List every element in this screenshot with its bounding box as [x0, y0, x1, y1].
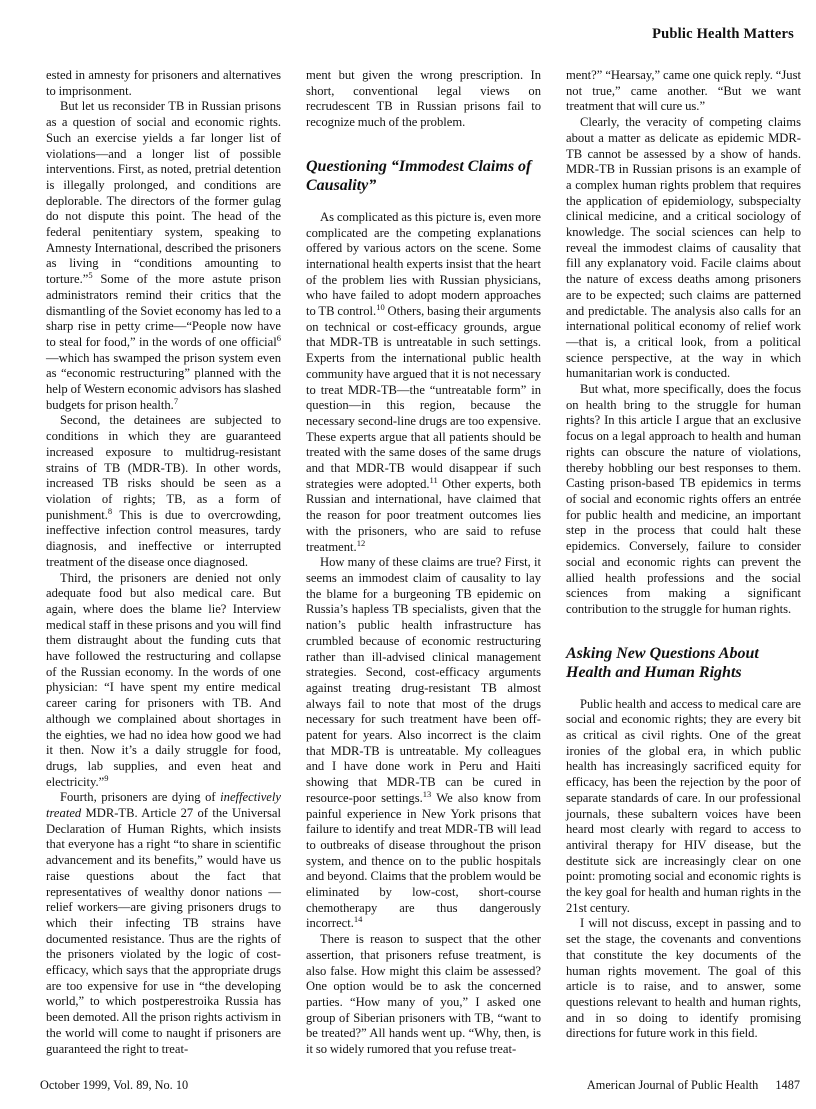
journal-name: American Journal of Public Health	[587, 1078, 758, 1092]
running-head: Public Health Matters	[652, 26, 794, 43]
column: ment but given the wrong prescription. I…	[306, 68, 541, 1068]
article-columns: ested in amnesty for prisoners and alter…	[46, 68, 801, 1068]
footnote-reference: 7	[174, 396, 178, 406]
paragraph: Fourth, prisoners are dying of ineffecti…	[46, 790, 281, 1057]
journal-page: Public Health Matters ested in amnesty f…	[0, 0, 816, 1109]
paragraph: Public health and access to medical care…	[566, 697, 801, 917]
paragraph: Second, the detainees are subjected to c…	[46, 413, 281, 570]
paragraph: ment?” “Hearsay,” came one quick reply. …	[566, 68, 801, 115]
paragraph: Third, the prisoners are denied not only…	[46, 571, 281, 791]
column: ested in amnesty for prisoners and alter…	[46, 68, 281, 1068]
paragraph: There is reason to suspect that the othe…	[306, 932, 541, 1058]
paragraph: As complicated as this picture is, even …	[306, 210, 541, 555]
footnote-reference: 9	[104, 772, 108, 782]
issue-info: October 1999, Vol. 89, No. 10	[40, 1078, 188, 1093]
footnote-reference: 13	[423, 789, 432, 799]
paragraph: But what, more specifically, does the fo…	[566, 382, 801, 618]
paragraph: How many of these claims are true? First…	[306, 555, 541, 932]
paragraph: ested in amnesty for prisoners and alter…	[46, 68, 281, 99]
footnote-reference: 11	[430, 475, 438, 485]
footnote-reference: 6	[277, 333, 281, 343]
paragraph: Clearly, the veracity of competing claim…	[566, 115, 801, 382]
journal-info: American Journal of Public Health 1487	[587, 1078, 800, 1093]
paragraph: But let us reconsider TB in Russian pris…	[46, 99, 281, 413]
footnote-reference: 12	[357, 537, 366, 547]
column: ment?” “Hearsay,” came one quick reply. …	[566, 68, 801, 1068]
paragraph: I will not discuss, except in passing an…	[566, 916, 801, 1042]
paragraph: ment but given the wrong prescription. I…	[306, 68, 541, 131]
section-heading: Asking New Questions About Health and Hu…	[566, 644, 801, 682]
section-heading: Questioning “Immodest Claims of Causalit…	[306, 157, 541, 195]
footnote-reference: 10	[376, 302, 385, 312]
footnote-reference: 14	[354, 914, 363, 924]
page-number: 1487	[775, 1078, 800, 1092]
page-footer: October 1999, Vol. 89, No. 10 American J…	[40, 1078, 800, 1093]
